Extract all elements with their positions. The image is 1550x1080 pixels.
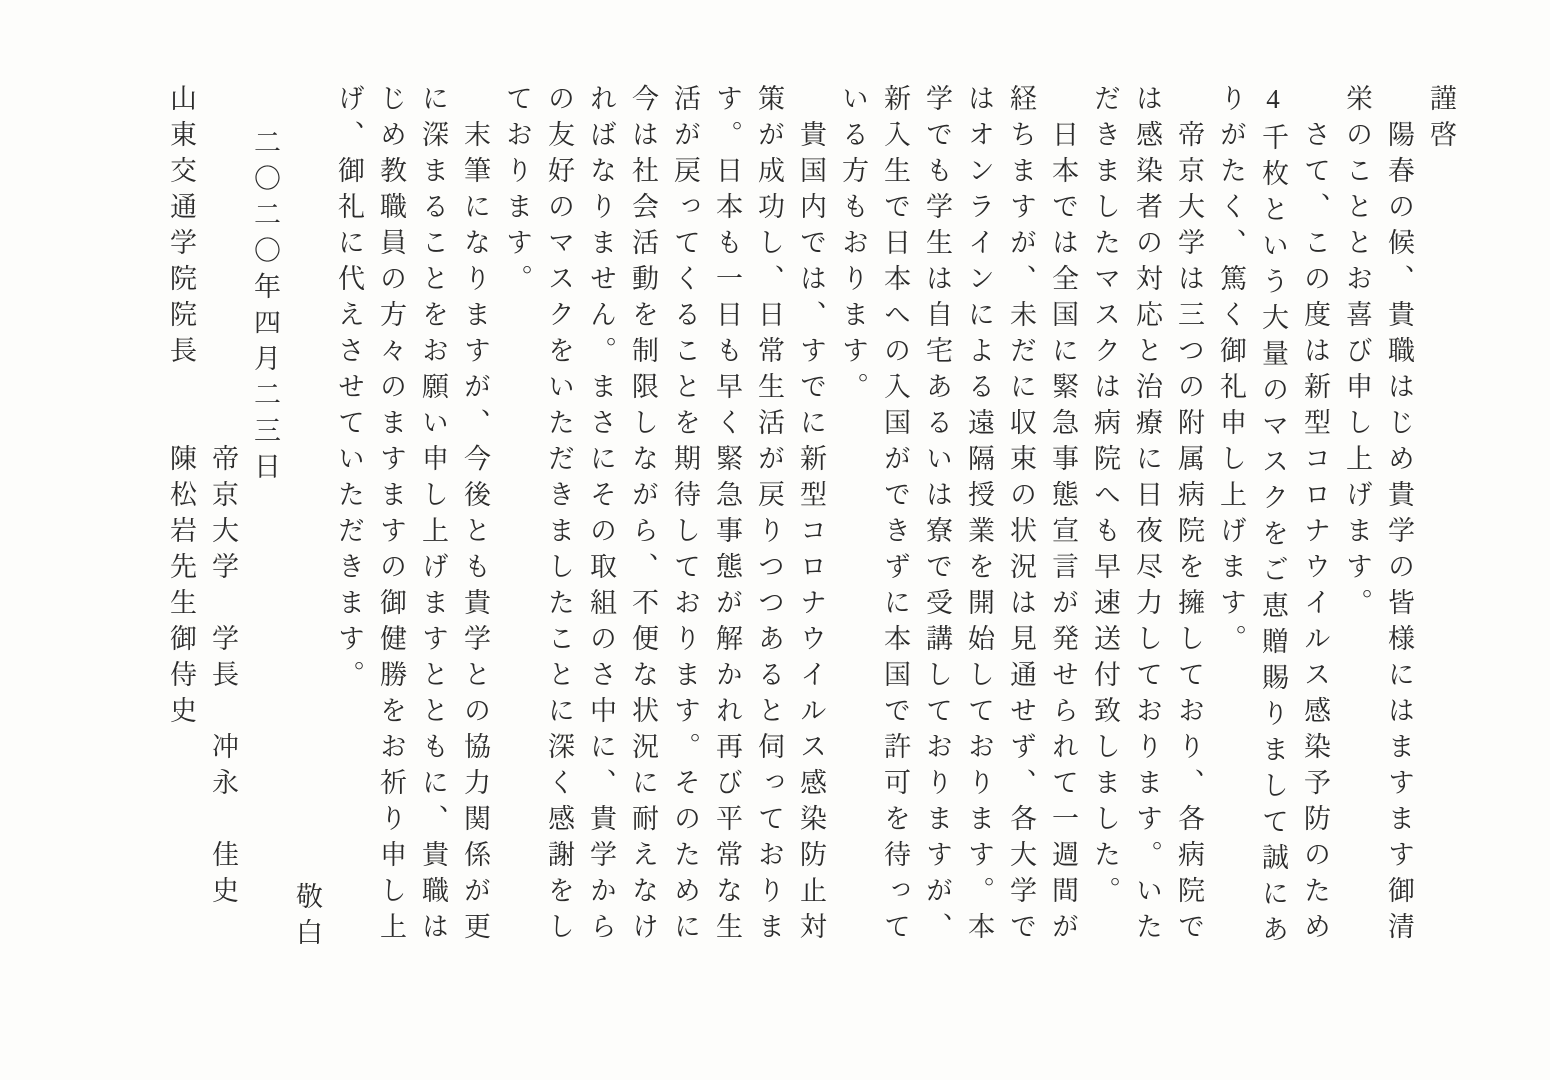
body-paragraph-japan-situation: 日本では全国に緊急事態宣言が発せられて一週間が経ちますが、未だに収束の状況は見通…	[832, 84, 1084, 954]
sender-signature: 帝京大学 学長 冲永 佳史	[202, 84, 244, 954]
body-paragraph-thanks-for-masks: さて、この度は新型コロナウイルス感染予防のため4千枚という大量のマスクをご恵贈賜…	[1210, 84, 1336, 954]
letter-body: 謹啓 陽春の候、貴職はじめ貴学の皆様にはますます御清栄のこととお喜び申し上げます…	[160, 84, 1462, 954]
body-paragraph-greeting: 陽春の候、貴職はじめ貴学の皆様にはますます御清栄のこととお喜び申し上げます。	[1336, 84, 1420, 954]
date-line: 二〇二〇年四月二三日	[244, 84, 286, 954]
body-paragraph-gratitude: 貴国内では、すでに新型コロナウイルス感染防止対策が成功し、日常生活が戻りつつある…	[496, 84, 832, 954]
closing-salutation: 敬白	[286, 84, 328, 954]
body-paragraph-hospitals: 帝京大学は三つの附属病院を擁しており、各病院では感染者の対応と治療に日夜尽力して…	[1084, 84, 1210, 954]
addressee-line: 山東交通学院院長 陳松岩先生御侍史	[160, 84, 202, 954]
opening-salutation: 謹啓	[1420, 84, 1462, 954]
body-paragraph-closing-wishes: 末筆になりますが、今後とも貴学との協力関係が更に深まることをお願い申し上げますと…	[328, 84, 496, 954]
scanned-letter-page: 謹啓 陽春の候、貴職はじめ貴学の皆様にはますます御清栄のこととお喜び申し上げます…	[0, 0, 1550, 1080]
